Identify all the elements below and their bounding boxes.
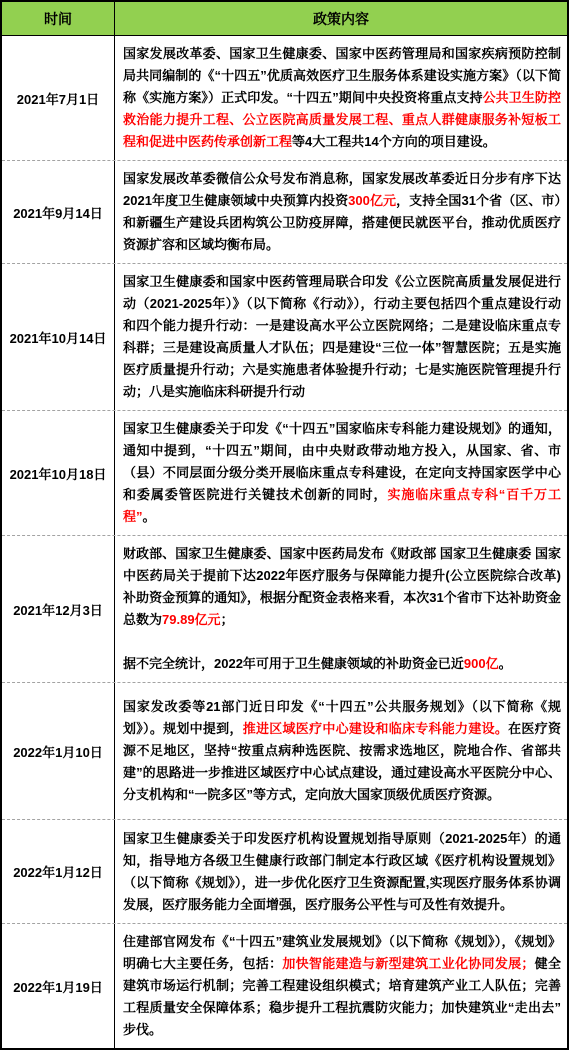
policy-paragraph: 国家发改委等21部门近日印发《“十四五”公共服务规划》（以下简称《规划》）。规划… bbox=[123, 696, 561, 806]
policy-paragraph: 国家卫生健康委关于印发《“十四五”国家临床专科能力建设规划》的通知，通知中提到，… bbox=[123, 418, 561, 528]
policy-paragraph: 据不完全统计，2022年可用于卫生健康领域的补助资金已近900亿。 bbox=[123, 653, 561, 675]
policy-content-cell: 国家卫生健康委和国家中医药管理局联合印发《公立医院高质量发展促进行动（2021-… bbox=[115, 264, 567, 410]
policy-timeline-table: 时间 政策内容 2021年7月1日国家发展改革委、国家卫生健康委、国家中医药管理… bbox=[0, 0, 569, 1050]
highlighted-text: 300亿元 bbox=[348, 193, 396, 208]
policy-text: 据不完全统计，2022年可用于卫生健康领域的补助资金已近 bbox=[123, 656, 464, 671]
highlighted-text: 900亿 bbox=[464, 656, 499, 671]
highlighted-text: 79.89亿元 bbox=[162, 612, 221, 627]
table-row: 2021年10月18日国家卫生健康委关于印发《“十四五”国家临床专科能力建设规划… bbox=[2, 411, 567, 536]
policy-text: 国家卫生健康委关于印发医疗机构设置规划指导原则（2021-2025年）的通知，指… bbox=[123, 831, 561, 912]
date-cell: 2021年9月14日 bbox=[2, 161, 115, 263]
table-row: 2021年12月3日财政部、国家卫生健康委、国家中医药局发布《财政部 国家卫生健… bbox=[2, 536, 567, 683]
header-cell-time: 时间 bbox=[2, 2, 115, 35]
header-cell-policy-content: 政策内容 bbox=[115, 2, 567, 35]
policy-content-cell: 国家发展改革委、国家卫生健康委、国家中医药管理局和国家疾病预防控制局共同编制的《… bbox=[115, 36, 567, 160]
policy-text: ； bbox=[221, 612, 234, 627]
table-row: 2021年9月14日国家发展改革委微信公众号发布消息称，国家发展改革委近日分步有… bbox=[2, 161, 567, 264]
policy-content-cell: 财政部、国家卫生健康委、国家中医药局发布《财政部 国家卫生健康委 国家中医药局关… bbox=[115, 536, 567, 682]
date-cell: 2021年10月18日 bbox=[2, 411, 115, 535]
date-cell: 2021年10月14日 bbox=[2, 264, 115, 410]
policy-paragraph: 国家卫生健康委关于印发医疗机构设置规划指导原则（2021-2025年）的通知，指… bbox=[123, 828, 561, 916]
highlighted-text: 加快智能建造与新型建筑工业化协同发展； bbox=[282, 956, 534, 971]
policy-content-cell: 国家卫生健康委关于印发医疗机构设置规划指导原则（2021-2025年）的通知，指… bbox=[115, 820, 567, 923]
policy-content-cell: 国家发改委等21部门近日印发《“十四五”公共服务规划》（以下简称《规划》）。规划… bbox=[115, 683, 567, 819]
policy-paragraph: 国家发展改革委微信公众号发布消息称，国家发展改革委近日分步有序下达2021年度卫… bbox=[123, 168, 561, 256]
table-row: 2021年7月1日国家发展改革委、国家卫生健康委、国家中医药管理局和国家疾病预防… bbox=[2, 36, 567, 161]
date-cell: 2022年1月10日 bbox=[2, 683, 115, 819]
table-body: 2021年7月1日国家发展改革委、国家卫生健康委、国家中医药管理局和国家疾病预防… bbox=[2, 36, 567, 1048]
policy-paragraph: 国家发展改革委、国家卫生健康委、国家中医药管理局和国家疾病预防控制局共同编制的《… bbox=[123, 43, 561, 153]
policy-content-cell: 住建部官网发布《“十四五”建筑业发展规划》（以下简称《规划》），《规划》明确七大… bbox=[115, 924, 567, 1048]
policy-paragraph: 国家卫生健康委和国家中医药管理局联合印发《公立医院高质量发展促进行动（2021-… bbox=[123, 271, 561, 403]
policy-paragraph: 住建部官网发布《“十四五”建筑业发展规划》（以下简称《规划》），《规划》明确七大… bbox=[123, 931, 561, 1041]
date-cell: 2021年7月1日 bbox=[2, 36, 115, 160]
policy-text: 。 bbox=[499, 656, 512, 671]
table-header-row: 时间 政策内容 bbox=[2, 2, 567, 36]
table-row: 2022年1月10日国家发改委等21部门近日印发《“十四五”公共服务规划》（以下… bbox=[2, 683, 567, 820]
date-cell: 2021年12月3日 bbox=[2, 536, 115, 682]
table-row: 2022年1月12日国家卫生健康委关于印发医疗机构设置规划指导原则（2021-2… bbox=[2, 820, 567, 924]
table-row: 2022年1月19日住建部官网发布《“十四五”建筑业发展规划》（以下简称《规划》… bbox=[2, 924, 567, 1048]
policy-text: 国家卫生健康委和国家中医药管理局联合印发《公立医院高质量发展促进行动（2021-… bbox=[123, 274, 561, 399]
policy-paragraph: 财政部、国家卫生健康委、国家中医药局发布《财政部 国家卫生健康委 国家中医药局关… bbox=[123, 543, 561, 631]
policy-content-cell: 国家发展改革委微信公众号发布消息称，国家发展改革委近日分步有序下达2021年度卫… bbox=[115, 161, 567, 263]
highlighted-text: 推进区域医疗中心建设和临床专科能力建设。 bbox=[243, 721, 508, 736]
date-cell: 2022年1月12日 bbox=[2, 820, 115, 923]
policy-content-cell: 国家卫生健康委关于印发《“十四五”国家临床专科能力建设规划》的通知，通知中提到，… bbox=[115, 411, 567, 535]
table-row: 2021年10月14日国家卫生健康委和国家中医药管理局联合印发《公立医院高质量发… bbox=[2, 264, 567, 411]
date-cell: 2022年1月19日 bbox=[2, 924, 115, 1048]
policy-text: 。 bbox=[143, 509, 156, 524]
policy-text: 等4大工程共14个方向的项目建设。 bbox=[292, 134, 496, 149]
